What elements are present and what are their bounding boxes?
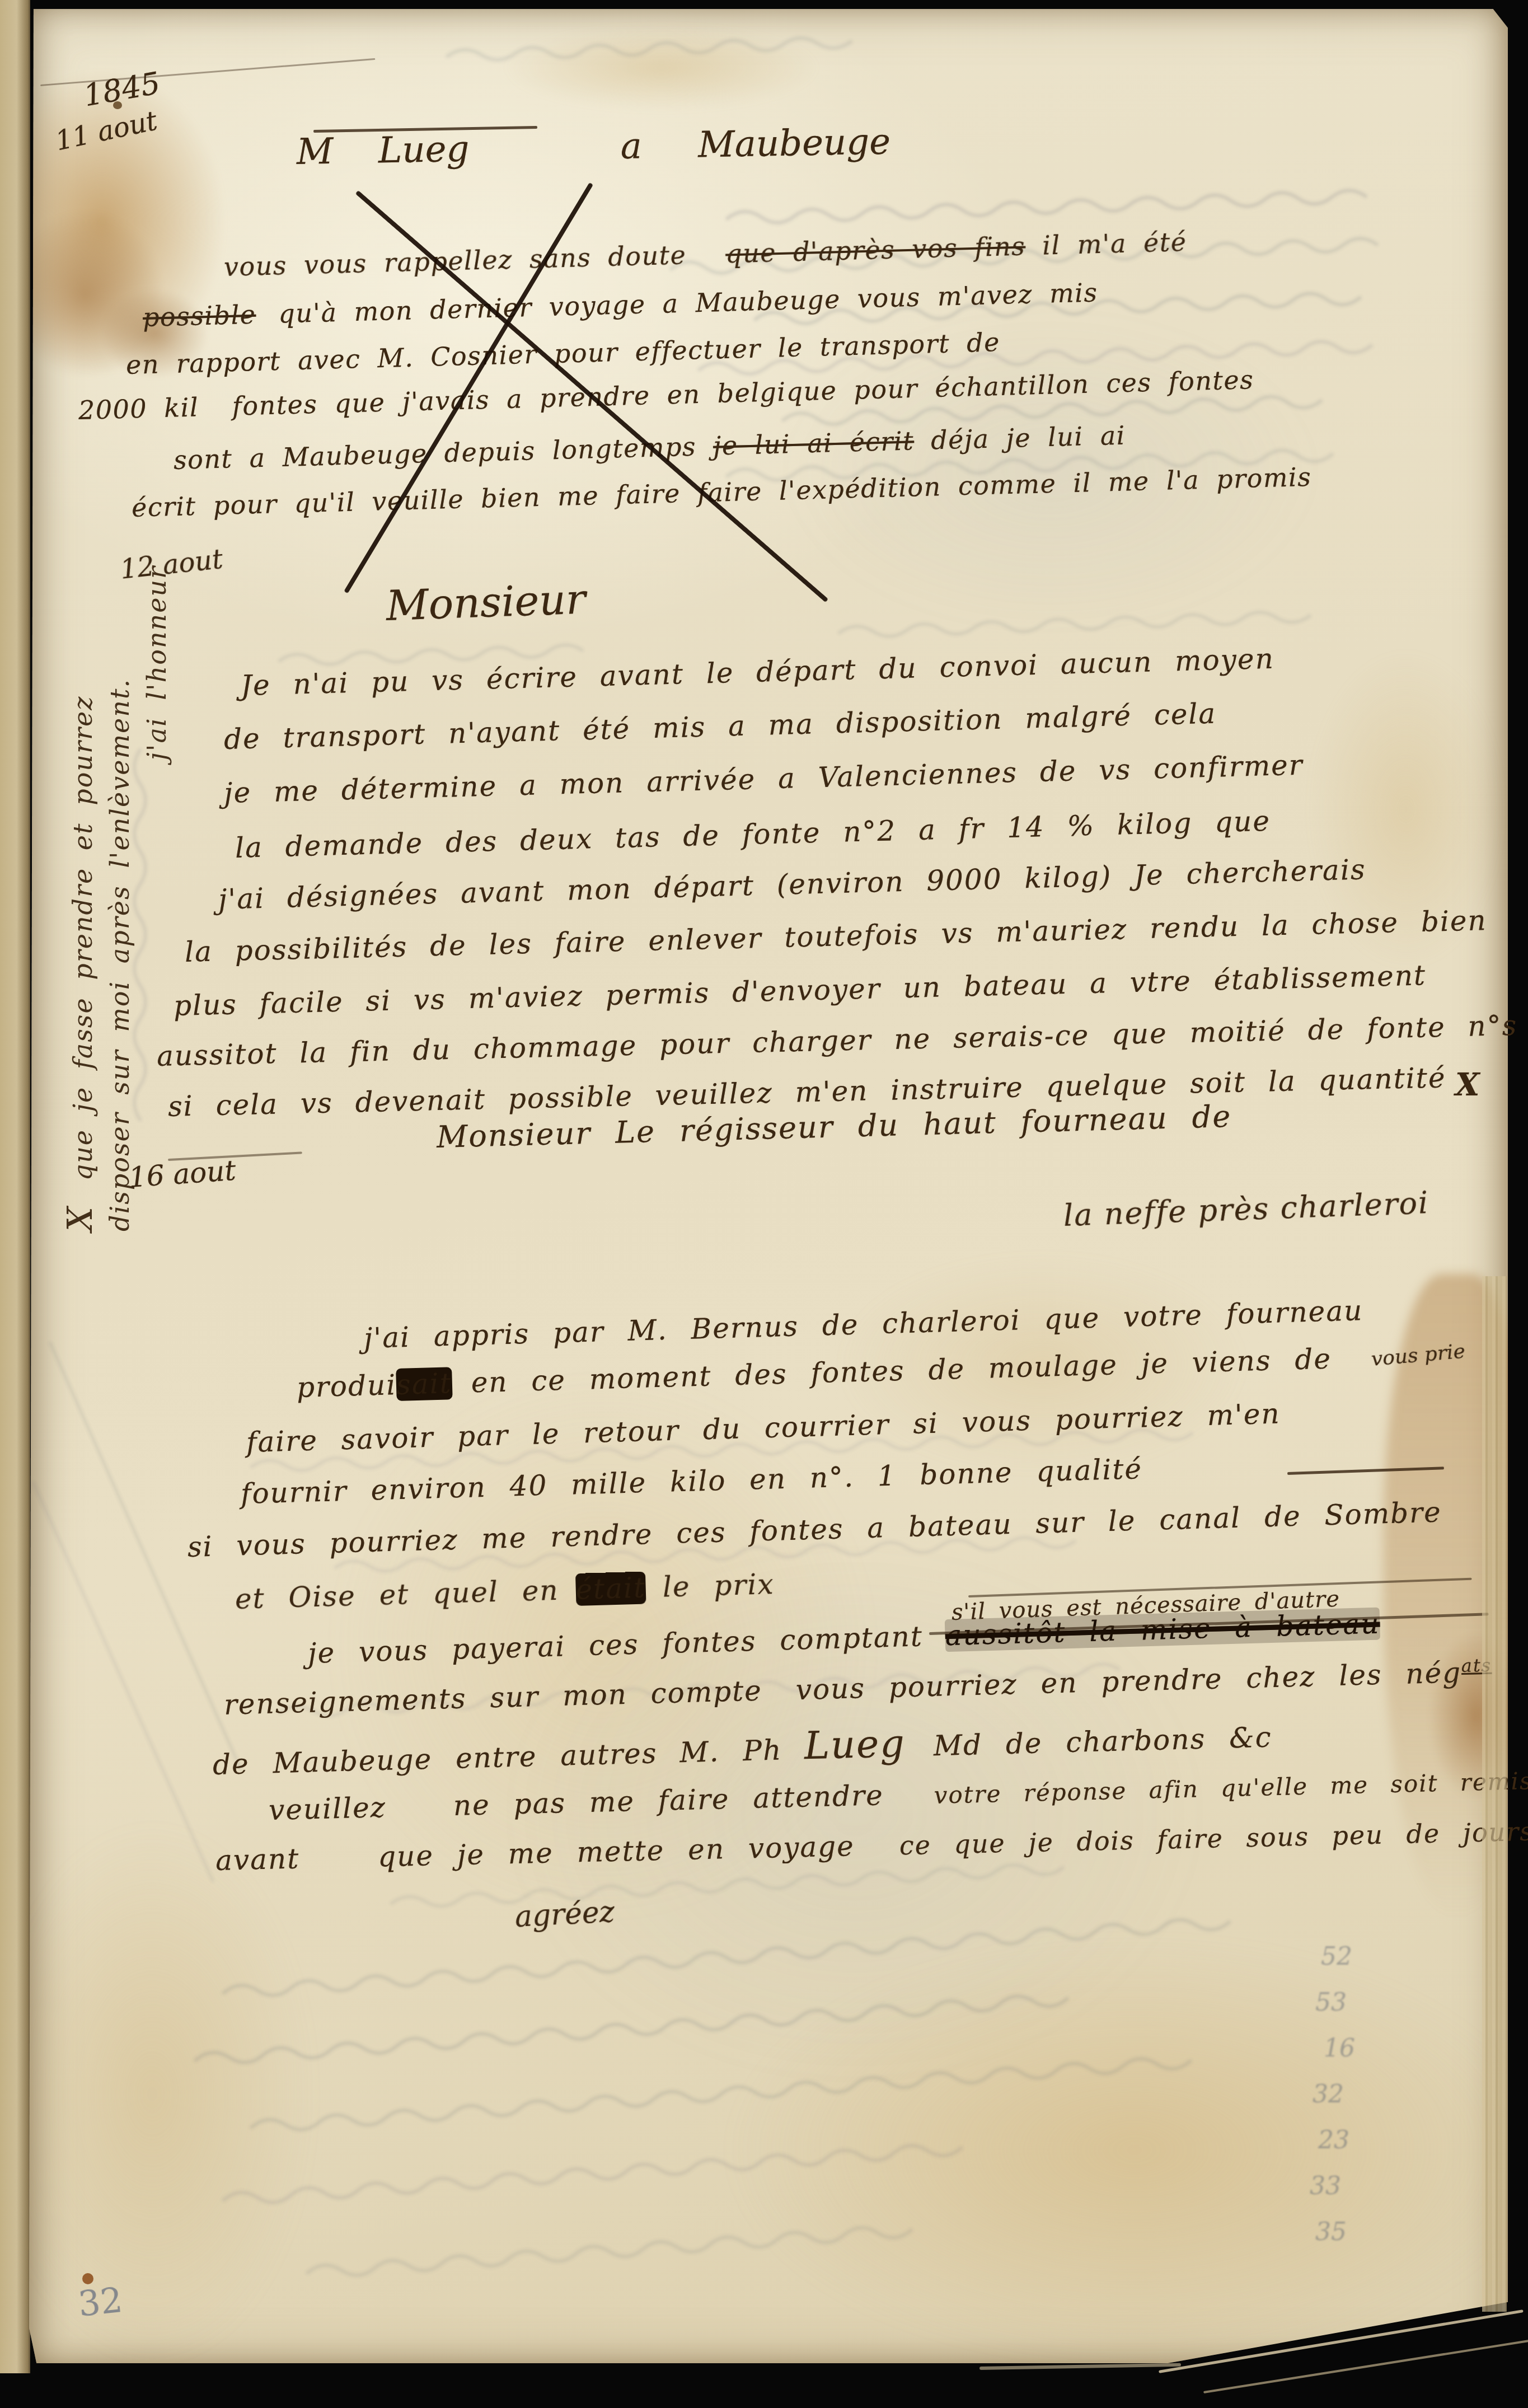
title-place: Maubeuge <box>698 121 891 166</box>
margin-x-reference: X <box>1455 1066 1479 1103</box>
stain <box>0 1828 309 2360</box>
margin-note: X que je fasse prendre et pourrez dispos… <box>62 532 179 1231</box>
folio-number: 32 <box>76 2279 124 2325</box>
bleed-through-number: 32 <box>1313 2080 1344 2109</box>
book-gutter-edge <box>0 0 30 2373</box>
margin-x-mark: X <box>59 1206 100 1231</box>
bleed-through-number: 52 <box>1321 1942 1352 1971</box>
margin-note-line: j'ai l'honneur <box>138 532 175 1231</box>
page-edge-line <box>979 2363 1181 2370</box>
bleed-through-number: 23 <box>1318 2126 1349 2154</box>
bleed-through-number: 33 <box>1310 2172 1341 2200</box>
margin-quantity: 2000 kil <box>78 392 199 425</box>
stain <box>505 26 818 110</box>
title-name: Lueg <box>378 129 470 172</box>
title-m: M <box>296 131 334 173</box>
margin-note-line: disposer sur moi après l'enlèvement. <box>101 532 138 1231</box>
bleed-through-number: 35 <box>1315 2218 1347 2246</box>
bleed-through-number: 53 <box>1315 1988 1347 2017</box>
margin-note-line: X que je fasse prendre et pourrez <box>62 532 101 1231</box>
title-a: a <box>620 125 642 167</box>
name-lueg: Lueg <box>804 1722 906 1769</box>
salutation: Monsieur <box>385 575 586 630</box>
manuscript-page: 1845 11 aout M Lueg a Maubeuge vous vous… <box>0 0 1528 2408</box>
page-stack-edge <box>1482 1276 1507 2312</box>
closing-word: agréez <box>514 1895 615 1934</box>
bleed-through-number: 16 <box>1324 2034 1355 2063</box>
stain <box>729 1940 1528 2360</box>
